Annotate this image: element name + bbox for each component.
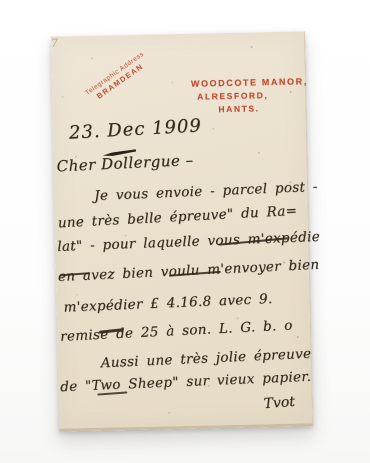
body-line: en avez bien voulu m'envoyer bien [58, 257, 320, 285]
body-line: de "Two Sheep" sur vieux papier. [60, 369, 312, 396]
letter-photograph: WOODCOTE MANOR, ALRESFORD, HANTS. Telegr… [0, 0, 370, 463]
telegraphic-address-stamp: Telegraphic Address BRAMDEAN [72, 42, 164, 114]
paper-speckles [51, 37, 52, 38]
telegraphic-address-name: BRAMDEAN [77, 49, 164, 114]
letterhead-manor: WOODCOTE MANOR, [191, 76, 308, 88]
body-line: lat" - pour laquelle vous m'expédie [57, 229, 320, 255]
pencil-mark: 7 [51, 31, 304, 49]
handwritten-date: 23. Dec 1909 [68, 115, 202, 143]
letter-card: WOODCOTE MANOR, ALRESFORD, HANTS. Telegr… [51, 31, 313, 431]
body-line: remise de 25 à son. L. G. b. o [60, 317, 293, 344]
salutation: Cher Dollergue – [56, 151, 194, 175]
body-line: une très belle épreuve" du Ra= [57, 203, 297, 232]
signature: Tvot [263, 394, 295, 412]
body-line: Aussi une très jolie épreuve [100, 346, 311, 372]
body-line: Je vous envoie - parcel post - [94, 179, 318, 204]
letterhead-town: ALRESFORD, [197, 90, 268, 101]
letterhead-county: HANTS. [218, 103, 259, 114]
telegraphic-address-label: Telegraphic Address [72, 42, 158, 105]
body-line: m'expédier £ 4.16.8 avec 9. [63, 291, 273, 316]
